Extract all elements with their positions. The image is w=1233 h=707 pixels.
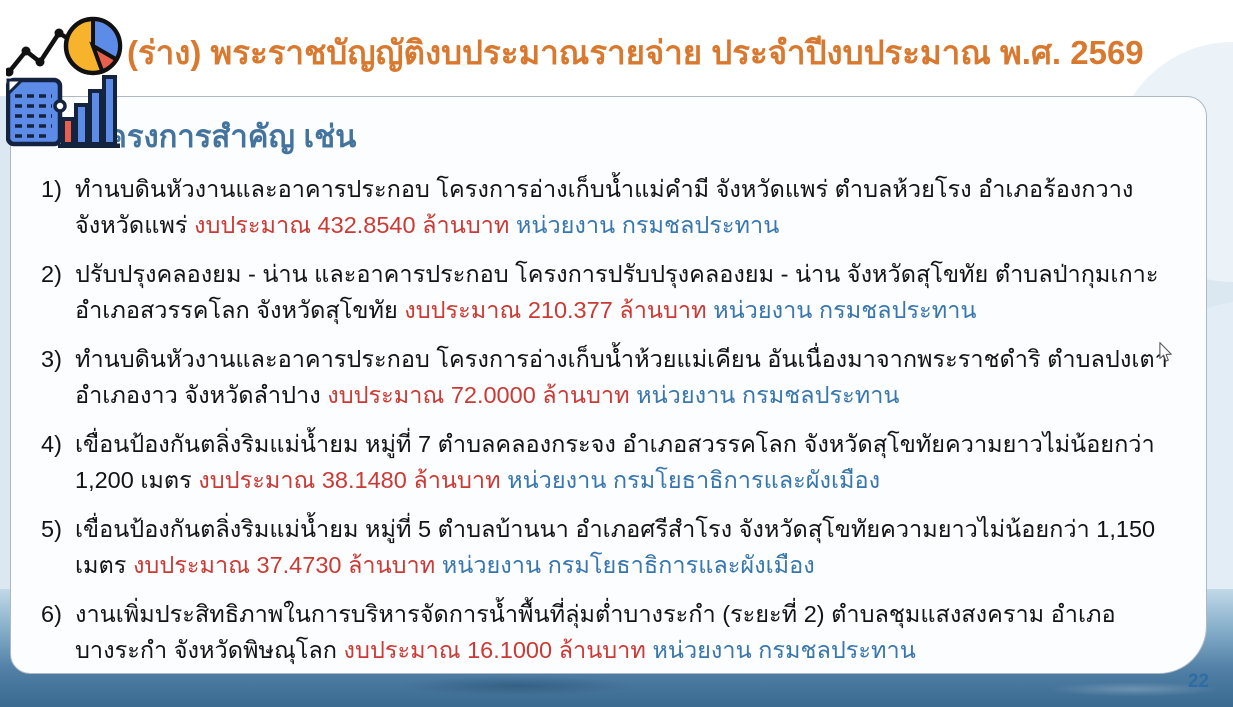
project-budget: งบประมาณ 38.1480 ล้านบาท <box>198 467 500 493</box>
project-item-5: 5) เขื่อนป้องกันตลิ่งริมแม่น้ำยม หมู่ที่… <box>31 511 1180 583</box>
project-item-4: 4) เขื่อนป้องกันตลิ่งริมแม่น้ำยม หมู่ที่… <box>31 426 1180 498</box>
slide: (ร่าง) พระราชบัญญัติงบประมาณรายจ่าย ประจ… <box>0 0 1233 707</box>
project-agency: หน่วยงาน กรมชลประทาน <box>516 212 779 238</box>
project-number: 2) <box>41 256 62 292</box>
project-number: 1) <box>41 171 62 207</box>
project-agency: หน่วยงาน กรมโยธาธิการและผังเมือง <box>507 467 880 493</box>
project-item-1: 1) ทำนบดินหัวงานและอาคารประกอบ โครงการอ่… <box>31 171 1180 243</box>
project-number: 4) <box>41 426 62 462</box>
project-agency: หน่วยงาน กรมโยธาธิการและผังเมือง <box>442 552 815 578</box>
project-number: 6) <box>41 596 62 632</box>
project-budget: งบประมาณ 37.4730 ล้านบาท <box>133 552 435 578</box>
content-card: มีโครงการสำคัญ เช่น 1) ทำนบดินหัวงานและอ… <box>10 96 1207 674</box>
slide-title: (ร่าง) พระราชบัญญัติงบประมาณรายจ่าย ประจ… <box>127 26 1144 79</box>
project-agency: หน่วยงาน กรมชลประทาน <box>636 382 899 408</box>
project-number: 3) <box>41 341 62 377</box>
card-heading: มีโครงการสำคัญ เช่น <box>69 111 1180 161</box>
project-number: 5) <box>41 511 62 547</box>
mouse-cursor-icon <box>1158 342 1174 364</box>
project-budget: งบประมาณ 16.1000 ล้านบาท <box>344 637 646 663</box>
project-agency: หน่วยงาน กรมชลประทาน <box>652 637 915 663</box>
project-budget: งบประมาณ 72.0000 ล้านบาท <box>327 382 629 408</box>
project-item-3: 3) ทำนบดินหัวงานและอาคารประกอบ โครงการอ่… <box>31 341 1180 413</box>
project-item-2: 2) ปรับปรุงคลองยม - น่าน และอาคารประกอบ … <box>31 256 1180 328</box>
page-number: 22 <box>1188 671 1209 693</box>
project-agency: หน่วยงาน กรมชลประทาน <box>713 297 976 323</box>
chart-document-icon <box>6 6 126 146</box>
project-budget: งบประมาณ 210.377 ล้านบาท <box>404 297 706 323</box>
project-item-6: 6) งานเพิ่มประสิทธิภาพในการบริหารจัดการน… <box>31 596 1180 668</box>
project-budget: งบประมาณ 432.8540 ล้านบาท <box>194 212 509 238</box>
